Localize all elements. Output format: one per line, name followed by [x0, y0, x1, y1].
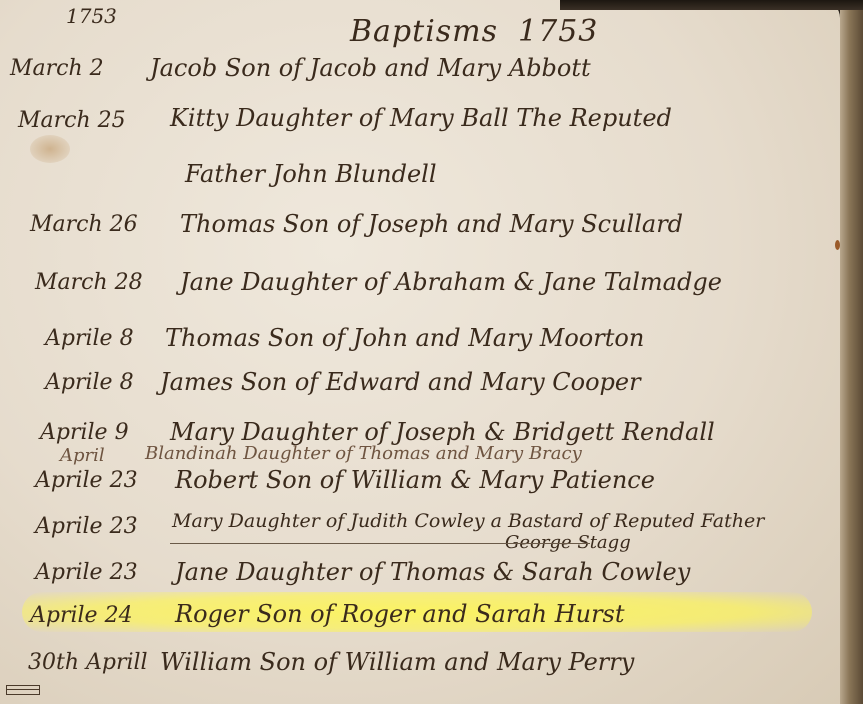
- entry-date: Aprile 9: [40, 420, 129, 445]
- title-year: 1753: [518, 14, 598, 49]
- page-marker-icon: [6, 685, 40, 695]
- entry-text: Jane Daughter of Abraham & Jane Talmadge: [180, 268, 722, 296]
- entry-text: Robert Son of William & Mary Patience: [175, 466, 655, 494]
- entry-text: Jane Daughter of Thomas & Sarah Cowley: [175, 558, 690, 586]
- entry-date: Aprile 8: [45, 326, 134, 351]
- entry-date: March 28: [35, 270, 143, 295]
- entry-text: Jacob Son of Jacob and Mary Abbott: [150, 54, 591, 82]
- divider-line: [170, 543, 590, 544]
- entry-date: March 26: [30, 212, 138, 237]
- entry-date: Aprile 8: [45, 370, 134, 395]
- page-stain: [30, 135, 70, 163]
- register-page: 1753 Baptisms1753 March 2 Jacob Son of J…: [0, 0, 840, 704]
- entry-date: March 2: [10, 56, 104, 81]
- entry-date: Aprile 23: [35, 514, 138, 539]
- entry-text: William Son of William and Mary Perry: [160, 648, 634, 676]
- entry-continuation: Father John Blundell: [185, 160, 437, 188]
- entry-date: Aprile 23: [35, 560, 138, 585]
- entry-date: Aprile 23: [35, 468, 138, 493]
- entry-text: Kitty Daughter of Mary Ball The Reputed: [170, 104, 672, 132]
- entry-date: March 25: [18, 108, 126, 133]
- entry-text: Mary Daughter of Joseph & Bridgett Renda…: [170, 418, 715, 446]
- background-shadow: [560, 0, 863, 10]
- margin-year: 1753: [66, 4, 117, 28]
- entry-text: Mary Daughter of Judith Cowley a Bastard…: [172, 510, 764, 532]
- entry-text-interlined: Blandinah Daughter of Thomas and Mary Br…: [145, 443, 582, 464]
- entry-text: Thomas Son of John and Mary Moorton: [165, 324, 644, 352]
- entry-text: James Son of Edward and Mary Cooper: [160, 368, 641, 396]
- entry-date-highlighted: Aprile 24: [30, 603, 133, 628]
- entry-date: 30th Aprill: [28, 650, 148, 675]
- title-text: Baptisms: [350, 14, 498, 49]
- entry-text: Thomas Son of Joseph and Mary Scullard: [180, 210, 683, 238]
- entry-date-interlined: April: [60, 445, 105, 466]
- page-edge: [840, 10, 863, 704]
- page-title: Baptisms1753: [350, 14, 598, 49]
- entry-text-highlighted: Roger Son of Roger and Sarah Hurst: [175, 600, 625, 628]
